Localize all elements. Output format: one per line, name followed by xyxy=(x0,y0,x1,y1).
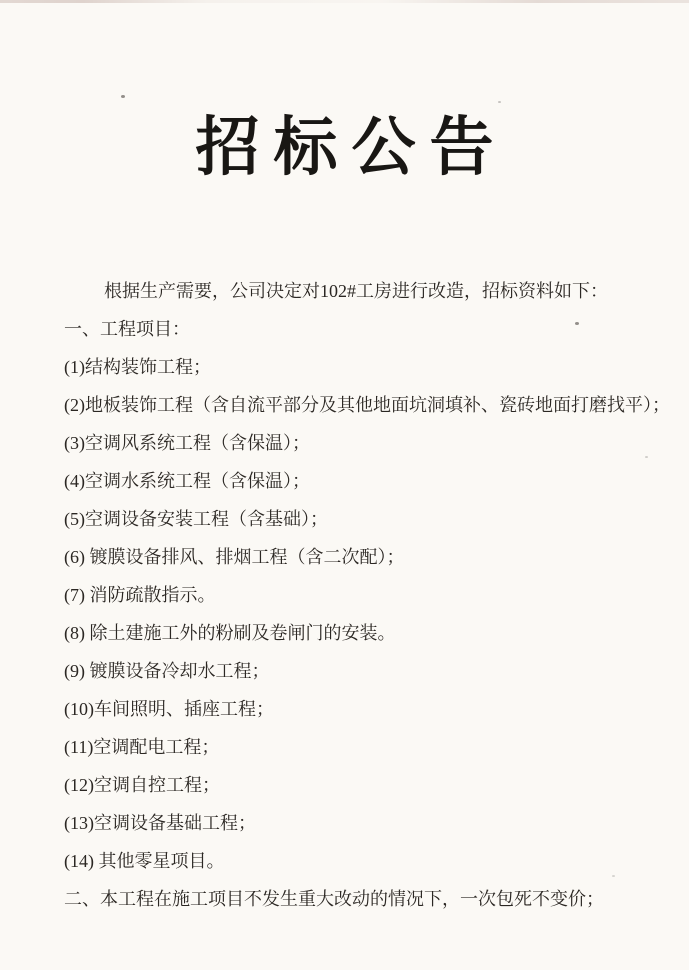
scan-speckle xyxy=(121,95,125,98)
scan-speckle xyxy=(612,875,615,877)
list-item-10: (10)车间照明、插座工程； xyxy=(64,690,675,728)
section-two-paragraph: 二、本工程在施工项目不发生重大改动的情况下，一次包死不变价； xyxy=(64,880,675,918)
list-item-14: (14) 其他零星项目。 xyxy=(64,842,675,880)
list-item-8: (8) 除土建施工外的粉刷及卷闸门的安装。 xyxy=(64,614,675,652)
list-item-13: (13)空调设备基础工程； xyxy=(64,804,675,842)
list-item-6: (6) 镀膜设备排风、排烟工程（含二次配）； xyxy=(64,538,675,576)
list-item-1: (1)结构装饰工程； xyxy=(64,348,675,386)
list-item-11: (11)空调配电工程； xyxy=(64,728,675,766)
list-item-3: (3)空调风系统工程（含保温）； xyxy=(64,424,675,462)
doc-body: 根据生产需要，公司决定对102#工房进行改造，招标资料如下： 一、工程项目： (… xyxy=(0,272,689,918)
scan-speckle xyxy=(498,101,501,103)
scan-speckle xyxy=(575,322,579,325)
list-item-9: (9) 镀膜设备冷却水工程； xyxy=(64,652,675,690)
list-item-7: (7) 消防疏散指示。 xyxy=(64,576,675,614)
list-item-12: (12)空调自控工程； xyxy=(64,766,675,804)
list-item-5: (5)空调设备安装工程（含基础）； xyxy=(64,500,675,538)
intro-paragraph: 根据生产需要，公司决定对102#工房进行改造，招标资料如下： xyxy=(64,272,675,310)
list-item-2: (2)地板装饰工程（含自流平部分及其他地面坑洞填补、瓷砖地面打磨找平）； xyxy=(64,386,675,424)
doc-title: 招标公告 xyxy=(0,0,689,196)
section-one-heading: 一、工程项目： xyxy=(64,310,675,348)
scan-edge-artifact xyxy=(0,0,689,3)
scan-speckle xyxy=(645,456,648,458)
list-item-4: (4)空调水系统工程（含保温）； xyxy=(64,462,675,500)
scanned-document-page: 招标公告 根据生产需要，公司决定对102#工房进行改造，招标资料如下： 一、工程… xyxy=(0,0,689,970)
